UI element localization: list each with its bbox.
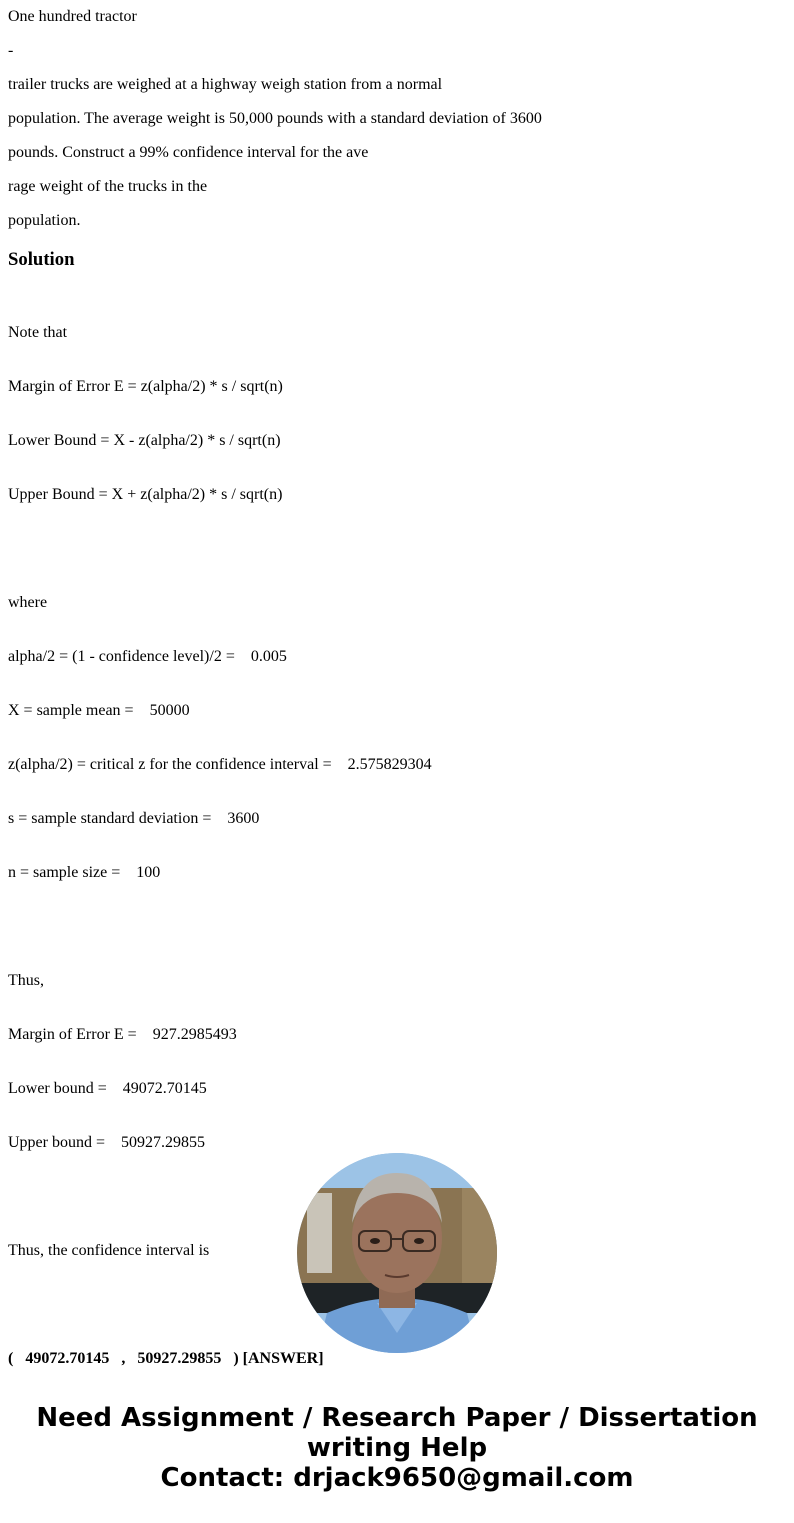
solution-line <box>8 918 432 936</box>
solution-line: X = sample mean = 50000 <box>8 702 432 720</box>
contact-banner: Need Assignment / Research Paper / Disse… <box>0 1403 794 1493</box>
footer-line-1: Need Assignment / Research Paper / Disse… <box>0 1403 794 1433</box>
tutor-avatar <box>297 1153 497 1353</box>
solution-line: z(alpha/2) = critical z for the confiden… <box>8 756 432 774</box>
solution-line: Margin of Error E = 927.2985493 <box>8 1026 432 1044</box>
solution-line: Upper bound = 50927.29855 <box>8 1134 432 1152</box>
footer-contact-email: Contact: drjack9650@gmail.com <box>0 1463 794 1493</box>
solution-line: s = sample standard deviation = 3600 <box>8 810 432 828</box>
solution-line: alpha/2 = (1 - confidence level)/2 = 0.0… <box>8 648 432 666</box>
solution-line: Thus, <box>8 972 432 990</box>
solution-line: where <box>8 594 432 612</box>
solution-heading: Solution <box>8 249 74 271</box>
solution-line: Lower Bound = X - z(alpha/2) * s / sqrt(… <box>8 432 432 450</box>
solution-line <box>8 540 432 558</box>
answer-line: ( 49072.70145 , 50927.29855 ) [ANSWER] <box>8 1350 432 1368</box>
solution-line: Upper Bound = X + z(alpha/2) * s / sqrt(… <box>8 486 432 504</box>
footer-line-2: writing Help <box>0 1433 794 1463</box>
question-line: trailer trucks are weighed at a highway … <box>8 76 442 94</box>
portrait-icon <box>297 1153 497 1353</box>
solution-line: Note that <box>8 324 432 342</box>
question-line: pounds. Construct a 99% confidence inter… <box>8 144 368 162</box>
question-line: population. <box>8 212 80 230</box>
question-line: - <box>8 42 13 60</box>
solution-line: Lower bound = 49072.70145 <box>8 1080 432 1098</box>
question-line: population. The average weight is 50,000… <box>8 110 542 128</box>
solution-line: n = sample size = 100 <box>8 864 432 882</box>
question-line: One hundred tractor <box>8 8 137 26</box>
question-line: rage weight of the trucks in the <box>8 178 207 196</box>
solution-line: Margin of Error E = z(alpha/2) * s / sqr… <box>8 378 432 396</box>
